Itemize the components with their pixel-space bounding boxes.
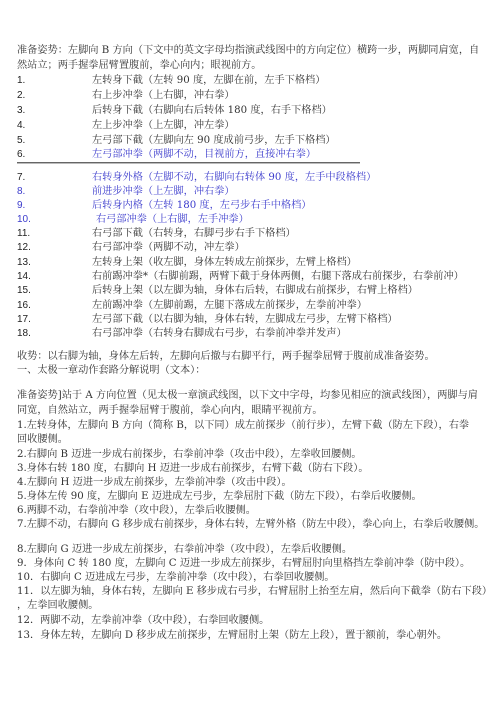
detail-step: 2.右脚向 B 迈进一步成右前探步，右拳前冲拳（攻击中段），左拳收回腰侧。 [17,448,362,463]
move-text: 后转身下截（右脚向右后转体 180 度，右手下格档） [92,103,332,118]
move-text: 后转身上架（以左脚为轴，身体右后转，右脚成右前探步，右臂上格档） [92,283,418,298]
move-text: 左前踢冲拳（左脚前踢，左腿下落成左前探步，左拳前冲拳） [92,298,367,313]
document-page: 准备姿势：左脚向 B 方向（下文中的英文字母均指演武线图中的方向定位）横跨一步，… [0,0,500,708]
divider [17,162,360,164]
detail-step: 1.左转身体，左脚向 B 方向（简称 B，以下同）成左前探步（前行步），左臂下截… [17,419,469,434]
detail-step: 11．以左脚为轴，身体右转，左脚向 E 移步成右弓步，右臂屈肘上抬至左肩，然后向… [17,585,492,600]
intro-line-1: 准备姿势：左脚向 B 方向（下文中的英文字母均指演武线图中的方向定位）横跨一步，… [17,44,479,59]
move-number: 5. [17,133,25,148]
detail-step: 4.左脚向 H 迈进一步成左前探步，左拳前冲拳（攻击中段）。 [17,476,292,491]
move-number: 10. [17,212,31,227]
move-number: 11. [17,226,30,241]
detail-step: 5.身体左传 90 度，左脚向 E 迈进成左弓步，左拳屈肘下截（防左下段），右拳… [17,490,422,505]
move-text: 后转身内格（左转 180 度，左弓步右手中格档） [92,198,311,213]
move-number: 2. [17,88,25,103]
detail-step: 9．身体向 C 转 180 度，左脚向 C 迈进一步成左前探步，右臂屈肘向里格挡… [17,557,470,572]
section-title: 一、太极一章动作套路分解说明（文本）： [17,364,205,379]
move-number: 18. [17,326,31,341]
move-text: 右上步冲拳（上右脚，冲右拳） [92,88,235,103]
move-number: 7. [17,170,25,185]
move-number: 6. [17,147,25,162]
detail-step: ，左拳回收腰侧。 [17,599,99,614]
move-text: 右弓部冲拳（右转身右脚成右弓步，右拳前冲拳并发声） [92,326,347,341]
move-number: 13. [17,255,31,270]
closing-posture: 收势：以右脚为轴，身体左后转，左脚向后撤与右脚平行，两手握拳屈臂于腹前成准备姿势… [17,350,435,365]
move-number: 9. [17,198,25,213]
move-number: 3. [17,103,25,118]
move-text: 右弓部下截（右转身，右脚弓步右手下格档） [92,226,296,241]
move-number: 12. [17,240,31,255]
detail-step: 3.身体右转 180 度，右脚向 H 迈进一步成右前探步，右臂下截（防右下段）。 [17,462,369,477]
move-text: 右前踢冲拳*（右脚前踢，两臂下截于身体两侧，右腿下落成右前探步，右拳前冲） [92,269,464,284]
detail-prep-line-2: 同宽，自然站立，两手握拳屈臂于腹前，拳心向内，眼睛平视前方。 [17,404,323,419]
detail-step: 7.左脚不动，右脚向 G 移步成右前探步，身体右转，左臂外格（防左中段），拳心向… [17,518,484,533]
detail-step: 12．两脚不动，左拳前冲拳（攻中段），右拳回收腰侧。 [17,614,269,629]
move-number: 8. [17,184,25,199]
move-text: 右弓部冲拳（上右脚，左手冲拳） [96,212,249,227]
intro-line-2: 然站立；两手握拳屈臂置腹前，拳心向内；眼视前方。 [17,59,262,74]
move-text: 左弓部下截（以右脚为轴，身体右转，左脚成左弓步，左臂下格档） [92,312,398,327]
detail-step: 8.左脚向 G 迈进一步成左前探步，右拳前冲拳（攻中段），左拳后收腰侧。 [17,543,352,558]
move-number: 16. [17,298,31,313]
move-number: 1. [17,73,25,88]
detail-step: 13．身体左转，左脚向 D 移步成左前探步，左臂屈肘上架（防左上段），置于额前，… [17,629,447,644]
move-text: 左弓部下截（左脚向左 90 度成前弓步，左手下格档） [92,133,336,148]
move-text: 左上步冲拳（上左脚，冲左拳） [92,118,235,133]
move-number: 15. [17,283,31,298]
detail-step: 回收腰侧。 [17,433,68,448]
move-number: 17. [17,312,31,327]
move-text: 左弓部冲拳（两脚不动，目视前方，直接冲右拳） [92,147,316,162]
move-text: 左转身上架（收左脚，身体左转成左前探步，左臂上格档） [92,255,357,270]
detail-prep-line-1: 准备姿势]站于 A 方向位置（见太极一章演武线图，以下文中字母，均参见相应的演武… [17,389,478,404]
move-text: 右弓部冲拳（两脚不动，冲左拳） [92,240,245,255]
move-text: 右转身外格（左脚不动，右脚向右转体 90 度，左手中段格档） [92,170,376,185]
move-number: 14. [17,269,31,284]
move-text: 左转身下截（左转 90 度，左脚在前，左手下格档） [92,73,325,88]
move-number: 4. [17,118,25,133]
detail-step: 10．右脚向 C 迈进成左弓步，左拳前冲拳（攻中段），右拳回收腰侧。 [17,571,335,586]
detail-step: 6.两脚不动，右拳前冲拳（攻中段），左拳后收腰侧。 [17,504,256,519]
move-text: 前进步冲拳（上左脚，冲右拳） [92,184,235,199]
